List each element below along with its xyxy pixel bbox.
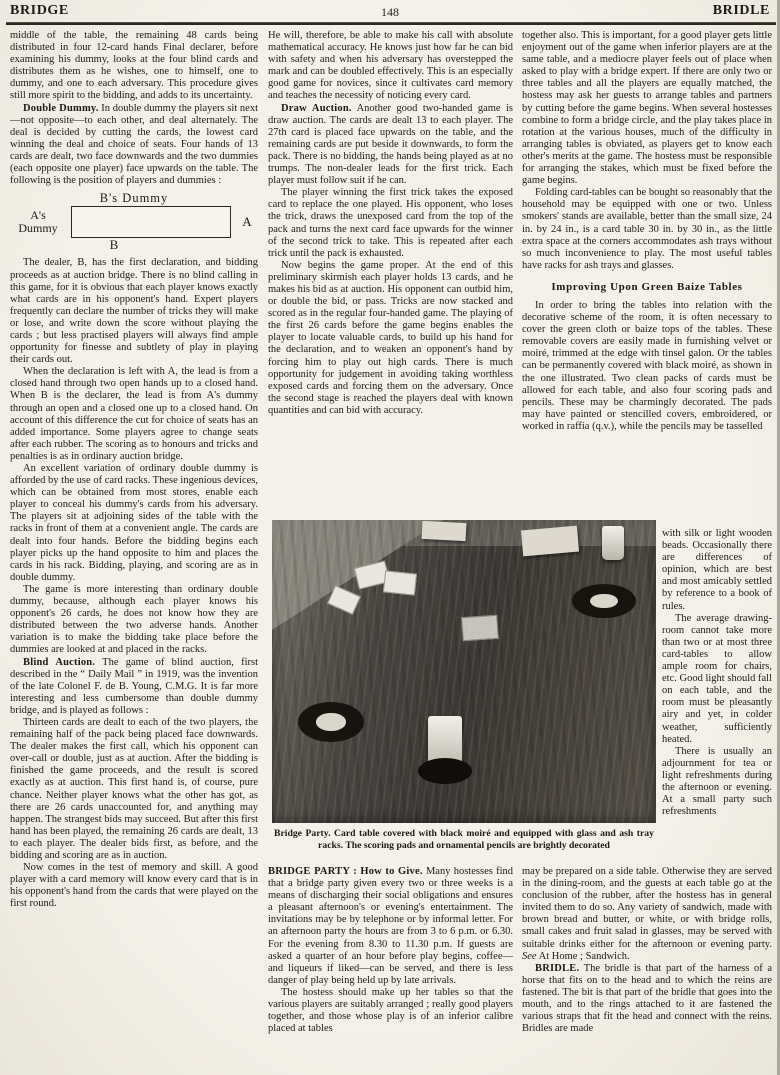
- diagram-middle-row: A's Dummy A: [12, 206, 256, 238]
- paragraph: The player winning the first trick takes…: [268, 187, 513, 260]
- paragraph: The hostess should make up her tables so…: [268, 987, 513, 1035]
- paragraph-text: Another good two-handed game is draw auc…: [268, 103, 513, 187]
- scoring-pad: [521, 526, 579, 557]
- run-in-heading-double-dummy: Double Dummy.: [23, 103, 99, 114]
- column-1: middle of the table, the remaining 48 ca…: [10, 30, 258, 1072]
- glass-in-rack: [602, 526, 624, 560]
- paragraph: When the declaration is left with A, the…: [10, 366, 258, 463]
- paragraph: Now comes in the test of memory and skil…: [10, 862, 258, 910]
- column-2-upper: He will, therefore, be able to make his …: [268, 30, 513, 518]
- ash-tray-rack: [572, 584, 636, 618]
- run-in-heading-draw-auction: Draw Auction.: [281, 103, 352, 114]
- diagram-label-top: B's Dummy: [12, 192, 256, 204]
- double-dummy-diagram: B's Dummy A's Dummy A B: [12, 192, 256, 251]
- paragraph: together also. This is important, for a …: [522, 30, 772, 187]
- paragraph: Blind Auction. The game of blind auction…: [10, 657, 258, 717]
- paragraph: In order to bring the tables into relati…: [522, 300, 772, 433]
- paragraph: may be prepared on a side table. Otherwi…: [522, 866, 772, 963]
- paragraph: He will, therefore, be able to make his …: [268, 30, 513, 103]
- playing-cards: [383, 570, 417, 595]
- paragraph: BRIDLE. The bridle is that part of the h…: [522, 963, 772, 1036]
- header-rule: [6, 22, 776, 25]
- paragraph: BRIDGE PARTY : How to Give. Many hostess…: [268, 866, 513, 987]
- scanned-book-page: BRIDGE 148 BRIDLE middle of the table, t…: [0, 0, 780, 1075]
- column-3-upper: together also. This is important, for a …: [522, 30, 772, 528]
- ash-tray-rack: [298, 702, 364, 742]
- run-in-heading-bridge-party: BRIDGE PARTY : How to Give.: [268, 866, 423, 877]
- paragraph: The dealer, B, has the first declaration…: [10, 257, 258, 366]
- paragraph: middle of the table, the remaining 48 ca…: [10, 30, 258, 103]
- run-in-heading-blind-auction: Blind Auction.: [23, 657, 95, 668]
- diagram-label-bottom: B: [12, 239, 216, 251]
- paragraph: Double Dummy. In double dummy the player…: [10, 103, 258, 188]
- paragraph: Now begins the game proper. At the end o…: [268, 260, 513, 417]
- paragraph-text: At Home ; Sandwich.: [537, 951, 630, 962]
- paragraph-text: may be prepared on a side table. Otherwi…: [522, 866, 772, 950]
- header-word-right: BRIDLE: [713, 3, 770, 19]
- paragraph: Folding card-tables can be bought so rea…: [522, 187, 772, 272]
- column-2-lower: BRIDGE PARTY : How to Give. Many hostess…: [268, 866, 513, 1072]
- bridge-party-photo: [272, 520, 656, 823]
- scoring-pad: [422, 521, 467, 541]
- section-heading-green-baize: Improving Upon Green Baize Tables: [522, 281, 772, 293]
- paragraph: with silk or light wooden beads. Occasio…: [662, 528, 772, 613]
- paragraph-text: Many hostesses find that a bridge party …: [268, 866, 513, 986]
- paragraph-text: In double dummy the players sit next—not…: [10, 103, 258, 187]
- run-in-heading-bridle: BRIDLE.: [535, 963, 579, 974]
- column-3-narrow: with silk or light wooden beads. Occasio…: [662, 528, 772, 866]
- glass-rack-ring: [418, 758, 472, 784]
- ash-tray: [590, 594, 618, 609]
- ash-tray: [316, 713, 345, 731]
- paragraph: There is usually an adjournment for tea …: [662, 746, 772, 819]
- diagram-label-left: A's Dummy: [12, 209, 64, 235]
- photo-caption: Bridge Party. Card table covered with bl…: [274, 828, 654, 851]
- paragraph: The average drawing-room cannot take mor…: [662, 613, 772, 746]
- diagram-label-right: A: [238, 216, 256, 228]
- paragraph: An excellent variation of ordinary doubl…: [10, 463, 258, 584]
- page-number: 148: [0, 5, 780, 20]
- paragraph: The game is more interesting than ordina…: [10, 584, 258, 657]
- playing-cards: [461, 615, 499, 641]
- diagram-table-rectangle: [71, 206, 231, 238]
- see-reference-word: See: [522, 951, 537, 962]
- paragraph: Draw Auction. Another good two-handed ga…: [268, 103, 513, 188]
- diagram-label-left-line2: Dummy: [12, 222, 64, 235]
- paragraph: Thirteen cards are dealt to each of the …: [10, 717, 258, 862]
- running-header: BRIDGE 148 BRIDLE: [0, 3, 780, 21]
- column-3-lower: may be prepared on a side table. Otherwi…: [522, 866, 772, 1075]
